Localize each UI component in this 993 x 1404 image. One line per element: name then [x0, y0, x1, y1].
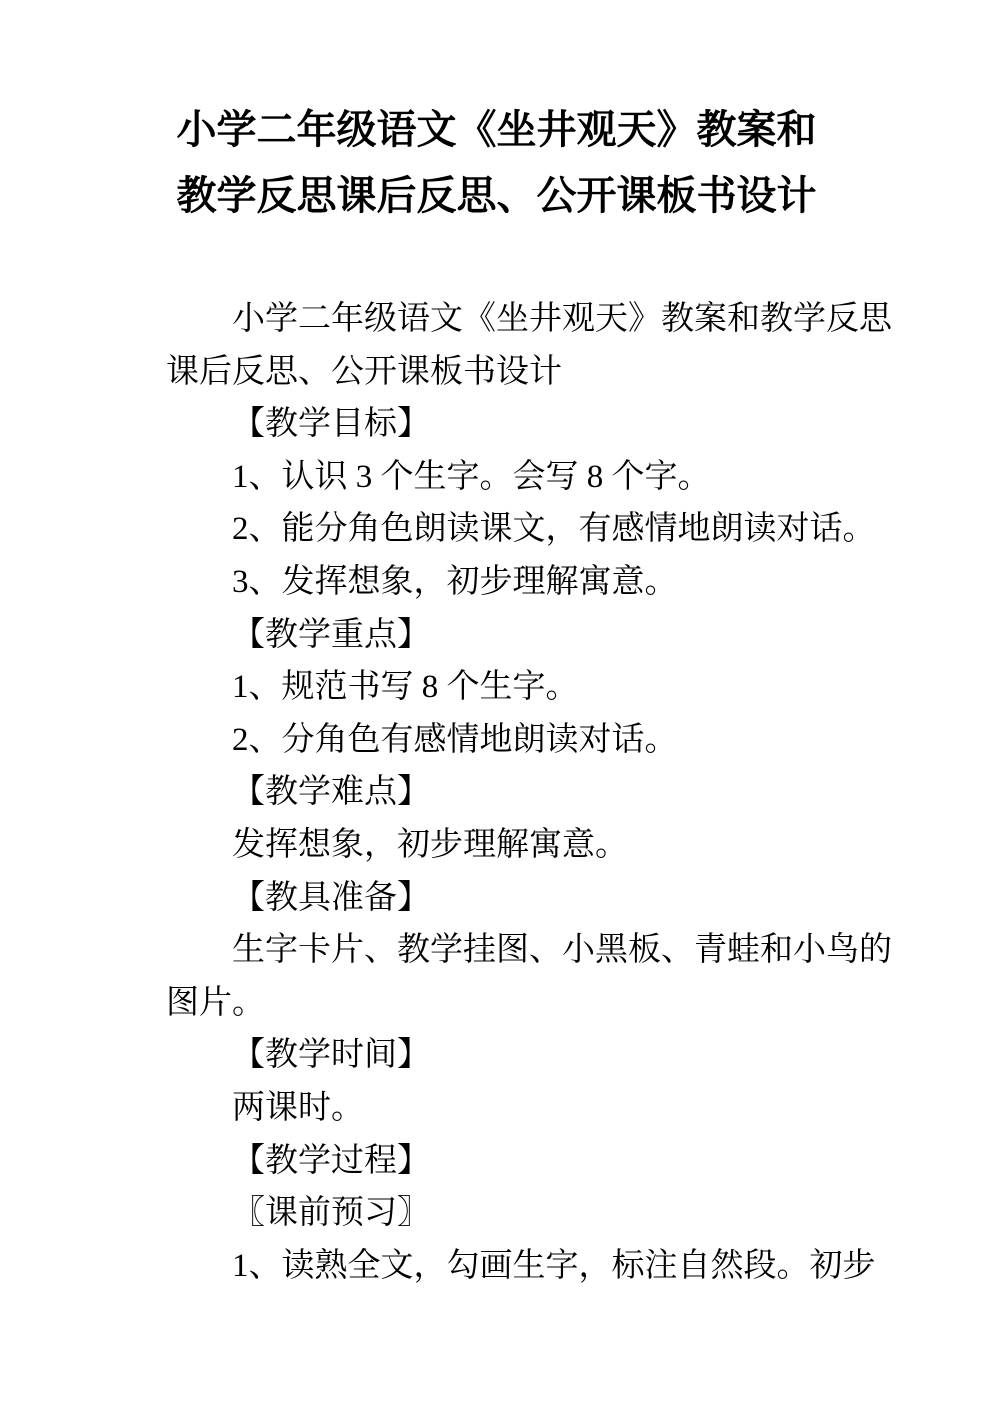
document-title: 小学二年级语文《坐井观天》教案和 教学反思课后反思、公开课板书设计 — [0, 97, 993, 229]
body-paragraph-line: 1、读熟全文，勾画生字，标注自然段。初步 — [166, 1240, 906, 1293]
document-title-line: 教学反思课后反思、公开课板书设计 — [0, 163, 993, 229]
section-heading: 【教学时间】 — [166, 1029, 906, 1082]
section-heading: 【教学难点】 — [166, 766, 906, 819]
body-paragraph-line: 课后反思、公开课板书设计 — [166, 346, 906, 399]
body-paragraph-line: 两课时。 — [166, 1082, 906, 1135]
body-paragraph-line: 1、认识 3 个生字。会写 8 个字。 — [166, 451, 906, 504]
section-heading: 【教学目标】 — [166, 398, 906, 451]
body-paragraph-line: 发挥想象，初步理解寓意。 — [166, 819, 906, 872]
section-heading: 【教具准备】 — [166, 872, 906, 925]
body-paragraph-line: 2、分角色有感情地朗读对话。 — [166, 714, 906, 767]
body-paragraph-line: 生字卡片、教学挂图、小黑板、青蛙和小鸟的 — [166, 924, 906, 977]
body-paragraph-line: 3、发挥想象，初步理解寓意。 — [166, 556, 906, 609]
body-paragraph-line: 小学二年级语文《坐井观天》教案和教学反思 — [166, 293, 906, 346]
document-body: 小学二年级语文《坐井观天》教案和教学反思 课后反思、公开课板书设计 【教学目标】… — [166, 293, 906, 1292]
body-paragraph-line: 图片。 — [166, 977, 906, 1030]
body-paragraph-line: 1、规范书写 8 个生字。 — [166, 661, 906, 714]
subsection-heading: 〖课前预习〗 — [166, 1187, 906, 1240]
document-page: 小学二年级语文《坐井观天》教案和 教学反思课后反思、公开课板书设计 小学二年级语… — [0, 0, 993, 1404]
body-paragraph-line: 2、能分角色朗读课文，有感情地朗读对话。 — [166, 503, 906, 556]
section-heading: 【教学重点】 — [166, 609, 906, 662]
document-title-line: 小学二年级语文《坐井观天》教案和 — [0, 97, 993, 163]
section-heading: 【教学过程】 — [166, 1135, 906, 1188]
